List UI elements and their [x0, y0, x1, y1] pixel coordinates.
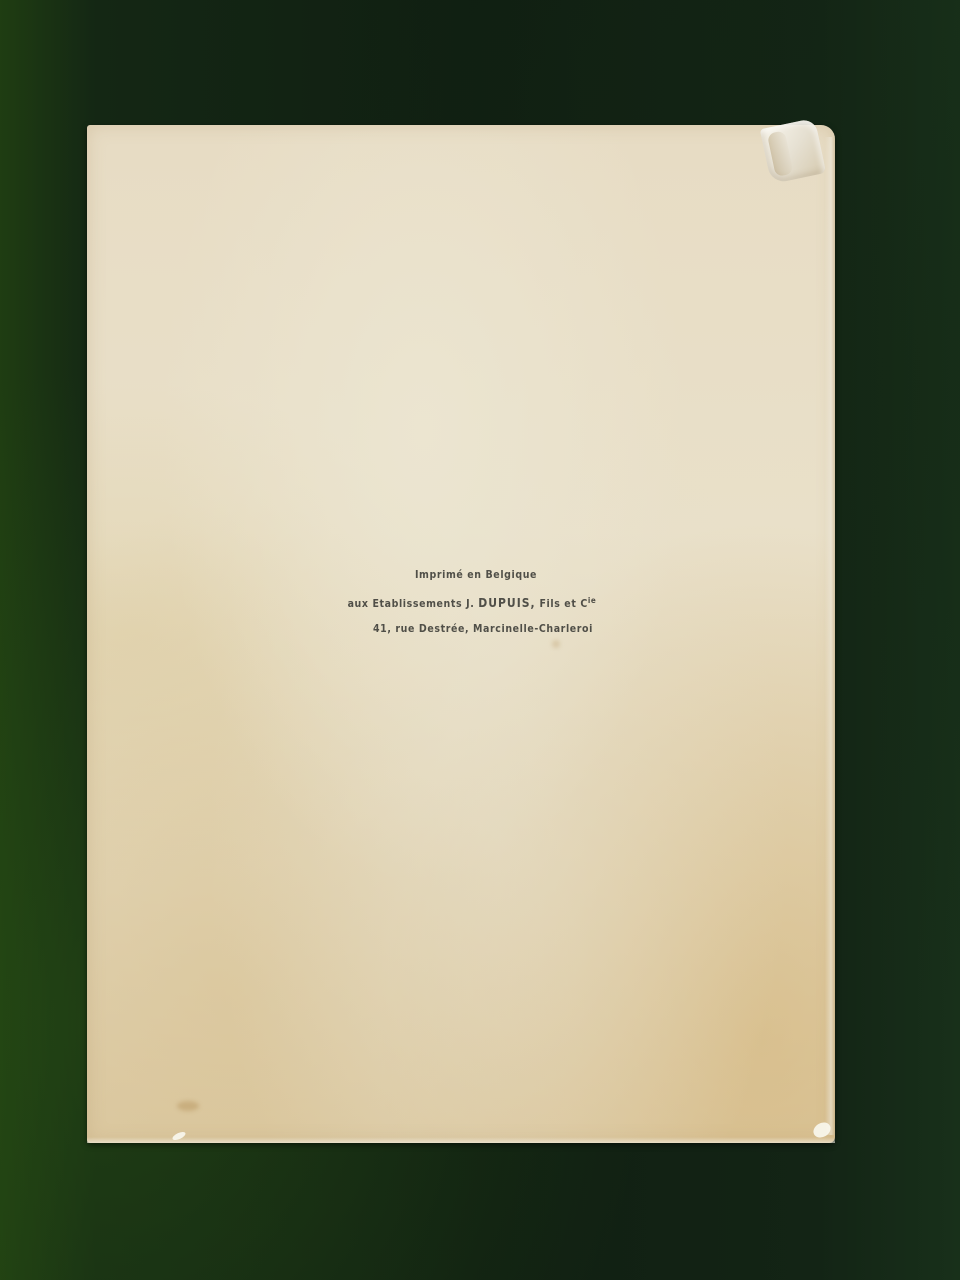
imprint-printer-sup: ie [588, 596, 597, 605]
imprint-line-address: 41, rue Destrée, Marcinelle-Charleroi [87, 617, 835, 642]
imprint-printer-name: DUPUIS, [478, 596, 535, 610]
paper-stain [177, 1101, 199, 1111]
tape-repair-corner [760, 118, 826, 184]
book-bottom-edge [87, 1137, 835, 1143]
imprint-printer-prefix: aux Etablissements J. [348, 598, 475, 610]
book-back-cover: Imprimé en Belgique aux Etablissements J… [87, 125, 835, 1143]
imprint-line-country: Imprimé en Belgique [87, 563, 835, 588]
imprint-printer-suffix: Fils et C [539, 598, 587, 610]
printer-imprint: Imprimé en Belgique aux Etablissements J… [87, 563, 835, 642]
imprint-line-printer: aux Etablissements J. DUPUIS, Fils et Ci… [87, 588, 835, 617]
